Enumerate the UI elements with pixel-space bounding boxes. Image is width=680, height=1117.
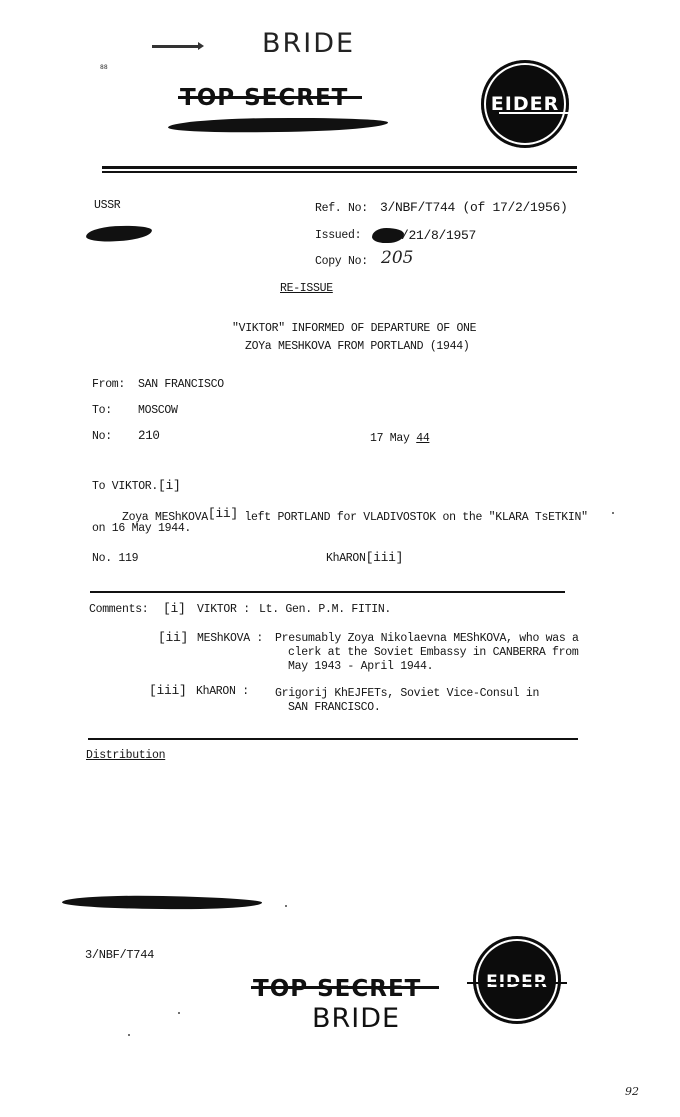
arrow-mark — [152, 45, 200, 48]
title-line-2: ZOYa MESHKOVA FROM PORTLAND (1944) — [245, 340, 469, 353]
distribution-label: Distribution — [86, 749, 165, 762]
stamp-strike-line — [467, 982, 567, 984]
codename-bottom: BRIDE — [312, 1003, 400, 1034]
message-body-line-2: on 16 May 1944. — [92, 522, 191, 535]
issued-redaction — [372, 228, 404, 243]
country-label: USSR — [94, 199, 120, 212]
comments-label: Comments: — [89, 603, 148, 616]
ref-value: 3/NBF/T744 (of 17/2/1956) — [380, 200, 568, 215]
salutation: To VIKTOR.[i] — [92, 478, 181, 493]
message-body-line-1: Zoya MEShKOVA[ii] left PORTLAND for VLAD… — [122, 509, 588, 524]
message-number: No. 119 — [92, 552, 138, 565]
comments-divider — [90, 591, 565, 593]
from-value: SAN FRANCISCO — [138, 378, 224, 391]
copy-label: Copy No: — [315, 255, 368, 268]
classification-bottom-text: TOP SECRET — [253, 976, 421, 1002]
page-mark-handwritten: 92 — [625, 1085, 639, 1098]
comment-text-1: Lt. Gen. P.M. FITIN. — [259, 603, 391, 616]
stamp-strike-line — [499, 112, 573, 114]
issued-value: /21/8/1957 — [401, 228, 476, 243]
salutation-footnote-ref: [i] — [158, 478, 181, 493]
scan-speck — [612, 512, 614, 514]
comment-ref-1: [i] — [163, 601, 186, 616]
comment-text-2-line-1: Presumably Zoya Nikolaevna MEShKOVA, who… — [275, 632, 579, 645]
to-label: To: — [92, 404, 112, 417]
redaction-blot — [86, 224, 153, 242]
strikethrough-line — [178, 96, 362, 99]
signature-name: KhARON — [326, 552, 366, 565]
eider-stamp-top: EIDER — [481, 60, 569, 148]
classification-top: TOP SECRET — [180, 85, 348, 111]
comment-name-2: MEShKOVA : — [197, 632, 263, 645]
corner-mark: 88 — [100, 64, 108, 71]
scan-speck — [285, 905, 287, 907]
signature: KhARON[iii] — [326, 550, 403, 565]
date-day-month: 17 May — [370, 432, 410, 445]
comment-name-1: VIKTOR : — [197, 603, 250, 616]
title-line-1: "VIKTOR" INFORMED OF DEPARTURE OF ONE — [232, 322, 476, 335]
comment-text-3-line-2: SAN FRANCISCO. — [288, 701, 380, 714]
classification-bottom: TOP SECRET — [253, 976, 421, 1002]
header-rule-top — [102, 166, 577, 169]
footer-redaction-bar — [62, 895, 262, 911]
codename-top: BRIDE — [262, 28, 355, 59]
redaction-bar — [168, 117, 388, 133]
comment-name-3: KhARON : — [196, 685, 249, 698]
date-year: 44 — [416, 432, 429, 445]
header-rule-bottom — [102, 171, 577, 173]
distribution-divider — [88, 738, 578, 740]
body-rest: left PORTLAND for VLADIVOSTOK on the "KL… — [238, 511, 588, 524]
comment-ref-2: [ii] — [158, 630, 188, 645]
from-label: From: — [92, 378, 125, 391]
issued-label: Issued: — [315, 229, 361, 242]
footer-reference: 3/NBF/T744 — [85, 948, 154, 962]
body-footnote-ref: [ii] — [208, 506, 238, 521]
signature-footnote-ref: [iii] — [366, 550, 404, 565]
comment-ref-3: [iii] — [149, 683, 187, 698]
ref-label: Ref. No: — [315, 202, 368, 215]
scan-speck — [128, 1034, 130, 1036]
reissue-label: RE-ISSUE — [280, 282, 333, 295]
message-date: 17 May 44 — [370, 432, 429, 445]
comment-text-3-line-1: Grigorij KhEJFETs, Soviet Vice-Consul in — [275, 687, 539, 700]
comment-text-2-line-2: clerk at the Soviet Embassy in CANBERRA … — [288, 646, 578, 659]
no-value: 210 — [138, 429, 160, 443]
scan-speck — [178, 1012, 180, 1014]
copy-number-handwritten: 205 — [381, 248, 413, 268]
strikethrough-line — [251, 986, 439, 989]
comment-text-2-line-3: May 1943 - April 1944. — [288, 660, 433, 673]
salutation-text: To VIKTOR. — [92, 480, 158, 493]
to-value: MOSCOW — [138, 404, 178, 417]
eider-stamp-bottom: EIDER — [473, 936, 561, 1024]
no-label: No: — [92, 430, 112, 443]
